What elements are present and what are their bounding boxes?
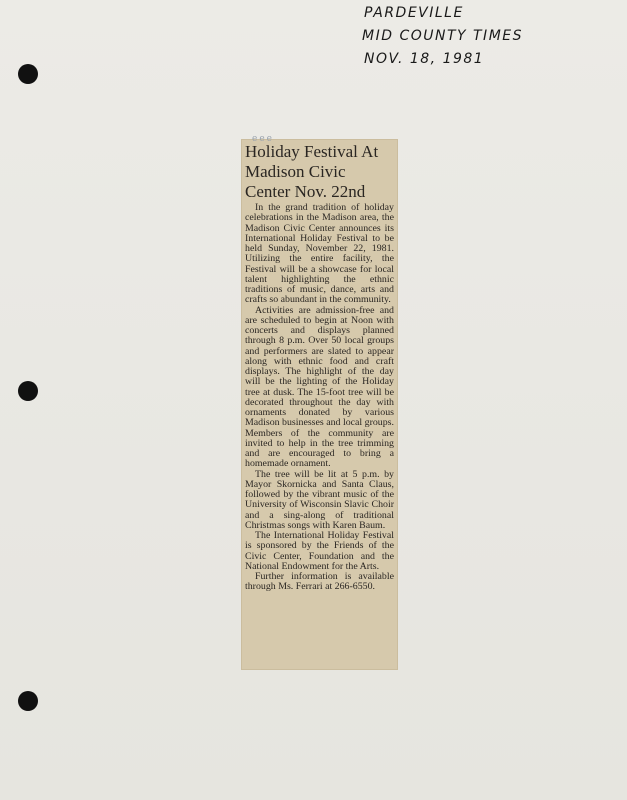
article-paragraph: The tree will be lit at 5 p.m. by Mayor … — [245, 470, 394, 532]
handwritten-town: PARDEVILLE — [364, 2, 523, 25]
article-paragraph: The International Holiday Festival is sp… — [245, 531, 394, 572]
clipping-torn-fragment: eee — [252, 134, 312, 142]
article-paragraph: Further information is available through… — [245, 572, 394, 593]
handwritten-newspaper: MID COUNTY TIMES — [362, 25, 523, 48]
clipping-body: In the grand tradition of holiday celebr… — [245, 203, 394, 593]
scrapbook-page: PARDEVILLE MID COUNTY TIMES NOV. 18, 198… — [0, 0, 627, 800]
handwritten-source-note: PARDEVILLE MID COUNTY TIMES NOV. 18, 198… — [364, 2, 523, 71]
article-paragraph: In the grand tradition of holiday celebr… — [245, 203, 394, 306]
clipping-headline: Holiday Festival At Madison Civic Center… — [245, 142, 395, 202]
article-paragraph: Activities are admission-free and are sc… — [245, 306, 394, 470]
handwritten-date: NOV. 18, 1981 — [364, 48, 523, 71]
punch-hole — [18, 691, 38, 711]
punch-hole — [18, 381, 38, 401]
punch-hole — [18, 64, 38, 84]
